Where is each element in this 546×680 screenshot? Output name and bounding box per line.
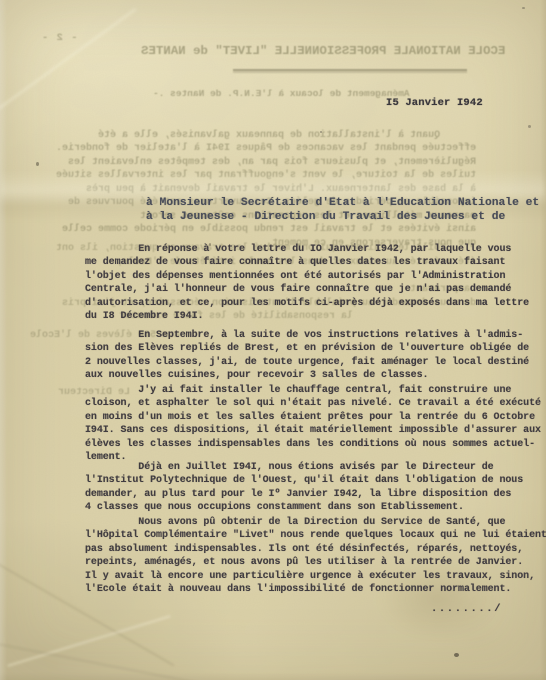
paragraph-1: En réponse à votre lettre du IO Janvier …	[85, 243, 529, 324]
letter-content: I5 Janvier I942 à Monsieur le Secrétaire…	[0, 0, 546, 680]
scanned-letter-sheet: - 2 - ECOLE NATIONALE PROFESSIONNELLE "L…	[0, 0, 546, 680]
ink-speck	[320, 131, 322, 133]
ink-speck	[454, 653, 459, 657]
continuation-mark: ......../	[431, 603, 502, 615]
recipient-block: à Monsieur le Secrétaire d'Etat à l'Educ…	[146, 197, 539, 224]
letter-date: I5 Janvier I942	[386, 97, 483, 109]
ink-speck	[36, 162, 39, 166]
paragraph-2: En Septembre, à la suite de vos instruct…	[85, 329, 529, 383]
paragraph-5: Nous avons pû obtenir de la Direction du…	[85, 516, 546, 597]
ink-speck	[528, 125, 531, 128]
paragraph-4: Déjà en Juillet I94I, nous étions avisés…	[85, 461, 523, 515]
paragraph-3: J'y ai fait installer le chauffage centr…	[85, 384, 541, 465]
ink-speck	[522, 7, 525, 9]
ink-speck	[209, 243, 211, 246]
